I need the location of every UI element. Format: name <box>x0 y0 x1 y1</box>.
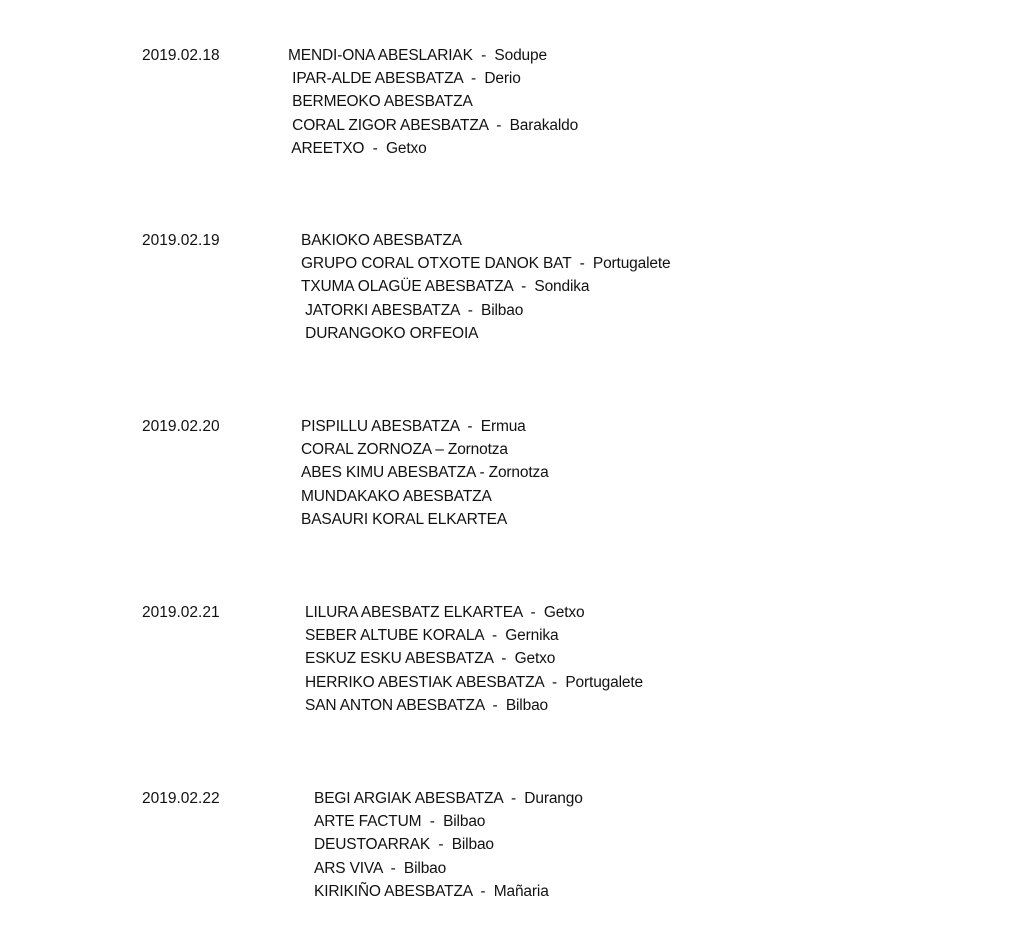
choir-entry: BERMEOKO ABESBATZA <box>288 90 578 113</box>
choir-entry: LILURA ABESBATZ ELKARTEA - Getxo <box>305 601 643 624</box>
day-date: 2019.02.20 <box>142 415 220 438</box>
choir-entry: MENDI-ONA ABESLARIAK - Sodupe <box>288 44 578 67</box>
choir-entry: IPAR-ALDE ABESBATZA - Derio <box>288 67 578 90</box>
choir-entry: SAN ANTON ABESBATZA - Bilbao <box>305 694 643 717</box>
choir-entry: CORAL ZIGOR ABESBATZA - Barakaldo <box>288 114 578 137</box>
choir-entry: BASAURI KORAL ELKARTEA <box>301 508 549 531</box>
choir-entry: DURANGOKO ORFEOIA <box>301 322 671 345</box>
choir-list: MENDI-ONA ABESLARIAK - Sodupe IPAR-ALDE … <box>288 44 578 160</box>
choir-entry: KIRIKIÑO ABESBATZA - Mañaria <box>314 880 583 903</box>
choir-entry: HERRIKO ABESTIAK ABESBATZA - Portugalete <box>305 671 643 694</box>
day-date: 2019.02.22 <box>142 787 220 810</box>
choir-entry: DEUSTOARRAK - Bilbao <box>314 833 583 856</box>
day-date: 2019.02.18 <box>142 44 220 67</box>
choir-entry: JATORKI ABESBATZA - Bilbao <box>301 299 671 322</box>
choir-entry: SEBER ALTUBE KORALA - Gernika <box>305 624 643 647</box>
choir-entry: ESKUZ ESKU ABESBATZA - Getxo <box>305 647 643 670</box>
choir-entry: CORAL ZORNOZA – Zornotza <box>301 438 549 461</box>
choir-entry: BAKIOKO ABESBATZA <box>301 229 671 252</box>
day-date: 2019.02.19 <box>142 229 220 252</box>
choir-list: BAKIOKO ABESBATZA GRUPO CORAL OTXOTE DAN… <box>301 229 671 345</box>
choir-entry: PISPILLU ABESBATZA - Ermua <box>301 415 549 438</box>
day-date: 2019.02.21 <box>142 601 220 624</box>
choir-entry: ABES KIMU ABESBATZA - Zornotza <box>301 461 549 484</box>
choir-list: BEGI ARGIAK ABESBATZA - Durango ARTE FAC… <box>314 787 583 903</box>
choir-entry: TXUMA OLAGÜE ABESBATZA - Sondika <box>301 275 671 298</box>
choir-entry: ARTE FACTUM - Bilbao <box>314 810 583 833</box>
choir-entry: MUNDAKAKO ABESBATZA <box>301 485 549 508</box>
choir-entry: AREETXO - Getxo <box>288 137 578 160</box>
choir-list: LILURA ABESBATZ ELKARTEA - Getxo SEBER A… <box>305 601 643 717</box>
choir-entry: BEGI ARGIAK ABESBATZA - Durango <box>314 787 583 810</box>
choir-entry: ARS VIVA - Bilbao <box>314 857 583 880</box>
choir-entry: GRUPO CORAL OTXOTE DANOK BAT - Portugale… <box>301 252 671 275</box>
choir-list: PISPILLU ABESBATZA - Ermua CORAL ZORNOZA… <box>301 415 549 531</box>
